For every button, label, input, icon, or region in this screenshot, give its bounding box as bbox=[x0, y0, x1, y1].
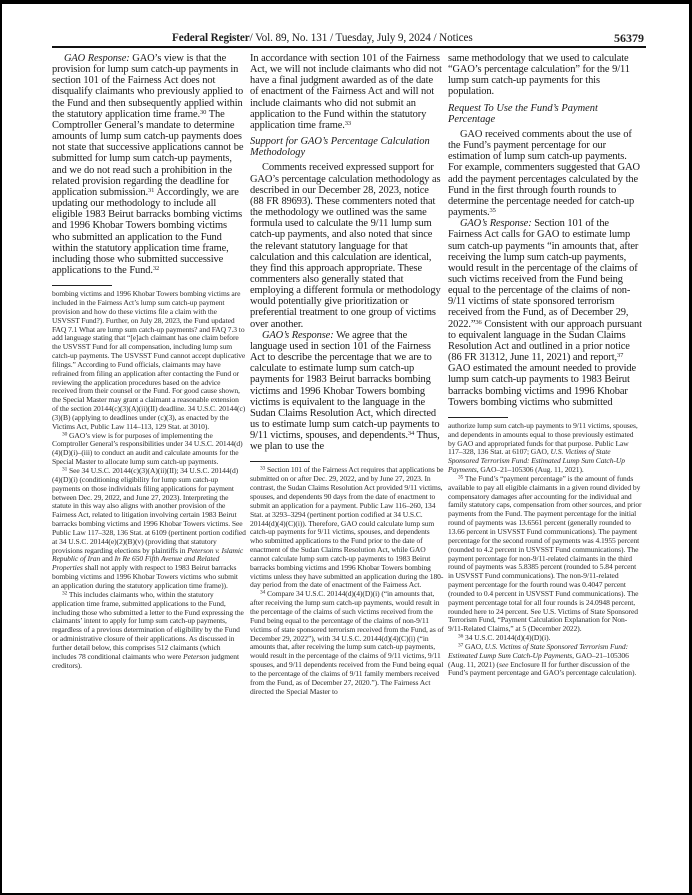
footnote-31: 31 See 34 U.S.C. 20144(c)(3)(A)(ii)(II);… bbox=[52, 467, 246, 591]
footnote-34: 34 Compare 34 U.S.C. 20144(d)(4)(D)(i) (… bbox=[250, 590, 444, 696]
footnotes: authorize lump sum catch-up payments to … bbox=[448, 422, 642, 678]
footnote-separator bbox=[448, 417, 508, 418]
issue-details: / Vol. 89, No. 131 / Tuesday, July 9, 20… bbox=[250, 32, 473, 44]
page-number: 56379 bbox=[614, 31, 644, 45]
footnote-separator bbox=[52, 285, 112, 286]
footnote-37: 37 GAO, U.S. Victims of State Sponsored … bbox=[448, 643, 642, 678]
document-page: Federal Register/ Vol. 89, No. 131 / Tue… bbox=[2, 4, 689, 893]
header-title: Federal Register/ Vol. 89, No. 131 / Tue… bbox=[172, 31, 473, 45]
paragraph-gao-response-3: GAO’s Response: Section 101 of the Fairn… bbox=[448, 218, 642, 408]
section-heading-support: Support for GAO’s Percentage Calculation… bbox=[250, 136, 444, 158]
footnote-continuation: authorize lump sum catch-up payments to … bbox=[448, 422, 642, 475]
paragraph-comments-payment: GAO received comments about the use of t… bbox=[448, 129, 642, 218]
column-1: GAO Response: GAO’s view is that the pro… bbox=[52, 53, 246, 670]
footnote-ref[interactable]: 33 bbox=[345, 120, 351, 127]
paragraph-continuation: In accordance with section 101 of the Fa… bbox=[250, 53, 444, 131]
footnote-35: 35 The Fund’s “payment percentage” is th… bbox=[448, 475, 642, 634]
footnote-ref[interactable]: 32 bbox=[153, 265, 159, 272]
run-in-heading: GAO’s Response: bbox=[460, 218, 532, 229]
footnote-continuation: bombing victims and 1996 Khobar Towers b… bbox=[52, 290, 246, 432]
run-in-heading: GAO’s Response: bbox=[262, 330, 334, 341]
column-3: same methodology that we used to calcula… bbox=[448, 53, 642, 678]
run-in-heading: GAO Response: bbox=[64, 53, 130, 64]
footnotes: bombing victims and 1996 Khobar Towers b… bbox=[52, 290, 246, 670]
paragraph-comments-support: Comments received expressed support for … bbox=[250, 162, 444, 329]
footnote-33: 33 Section 101 of the Fairness Act requi… bbox=[250, 466, 444, 590]
column-2: In accordance with section 101 of the Fa… bbox=[250, 53, 444, 696]
footnotes: 33 Section 101 of the Fairness Act requi… bbox=[250, 466, 444, 696]
paragraph-gao-response-1: GAO Response: GAO’s view is that the pro… bbox=[52, 53, 246, 276]
footnote-32: 32 This includes claimants who, within t… bbox=[52, 591, 246, 671]
paragraph-continuation: same methodology that we used to calcula… bbox=[448, 53, 642, 98]
footnote-ref[interactable]: 35 bbox=[490, 207, 496, 214]
section-heading-payment-percentage: Request To Use the Fund’s Payment Percen… bbox=[448, 103, 642, 125]
publication-name: Federal Register bbox=[172, 32, 250, 44]
footnote-separator bbox=[250, 461, 310, 462]
header-rule bbox=[52, 46, 646, 48]
running-header: Federal Register/ Vol. 89, No. 131 / Tue… bbox=[52, 31, 646, 45]
footnote-30: 30 GAO’s view is for purposes of impleme… bbox=[52, 432, 246, 467]
footnote-ref[interactable]: 37 bbox=[617, 352, 623, 359]
paragraph-gao-response-2: GAO’s Response: We agree that the langua… bbox=[250, 330, 444, 453]
